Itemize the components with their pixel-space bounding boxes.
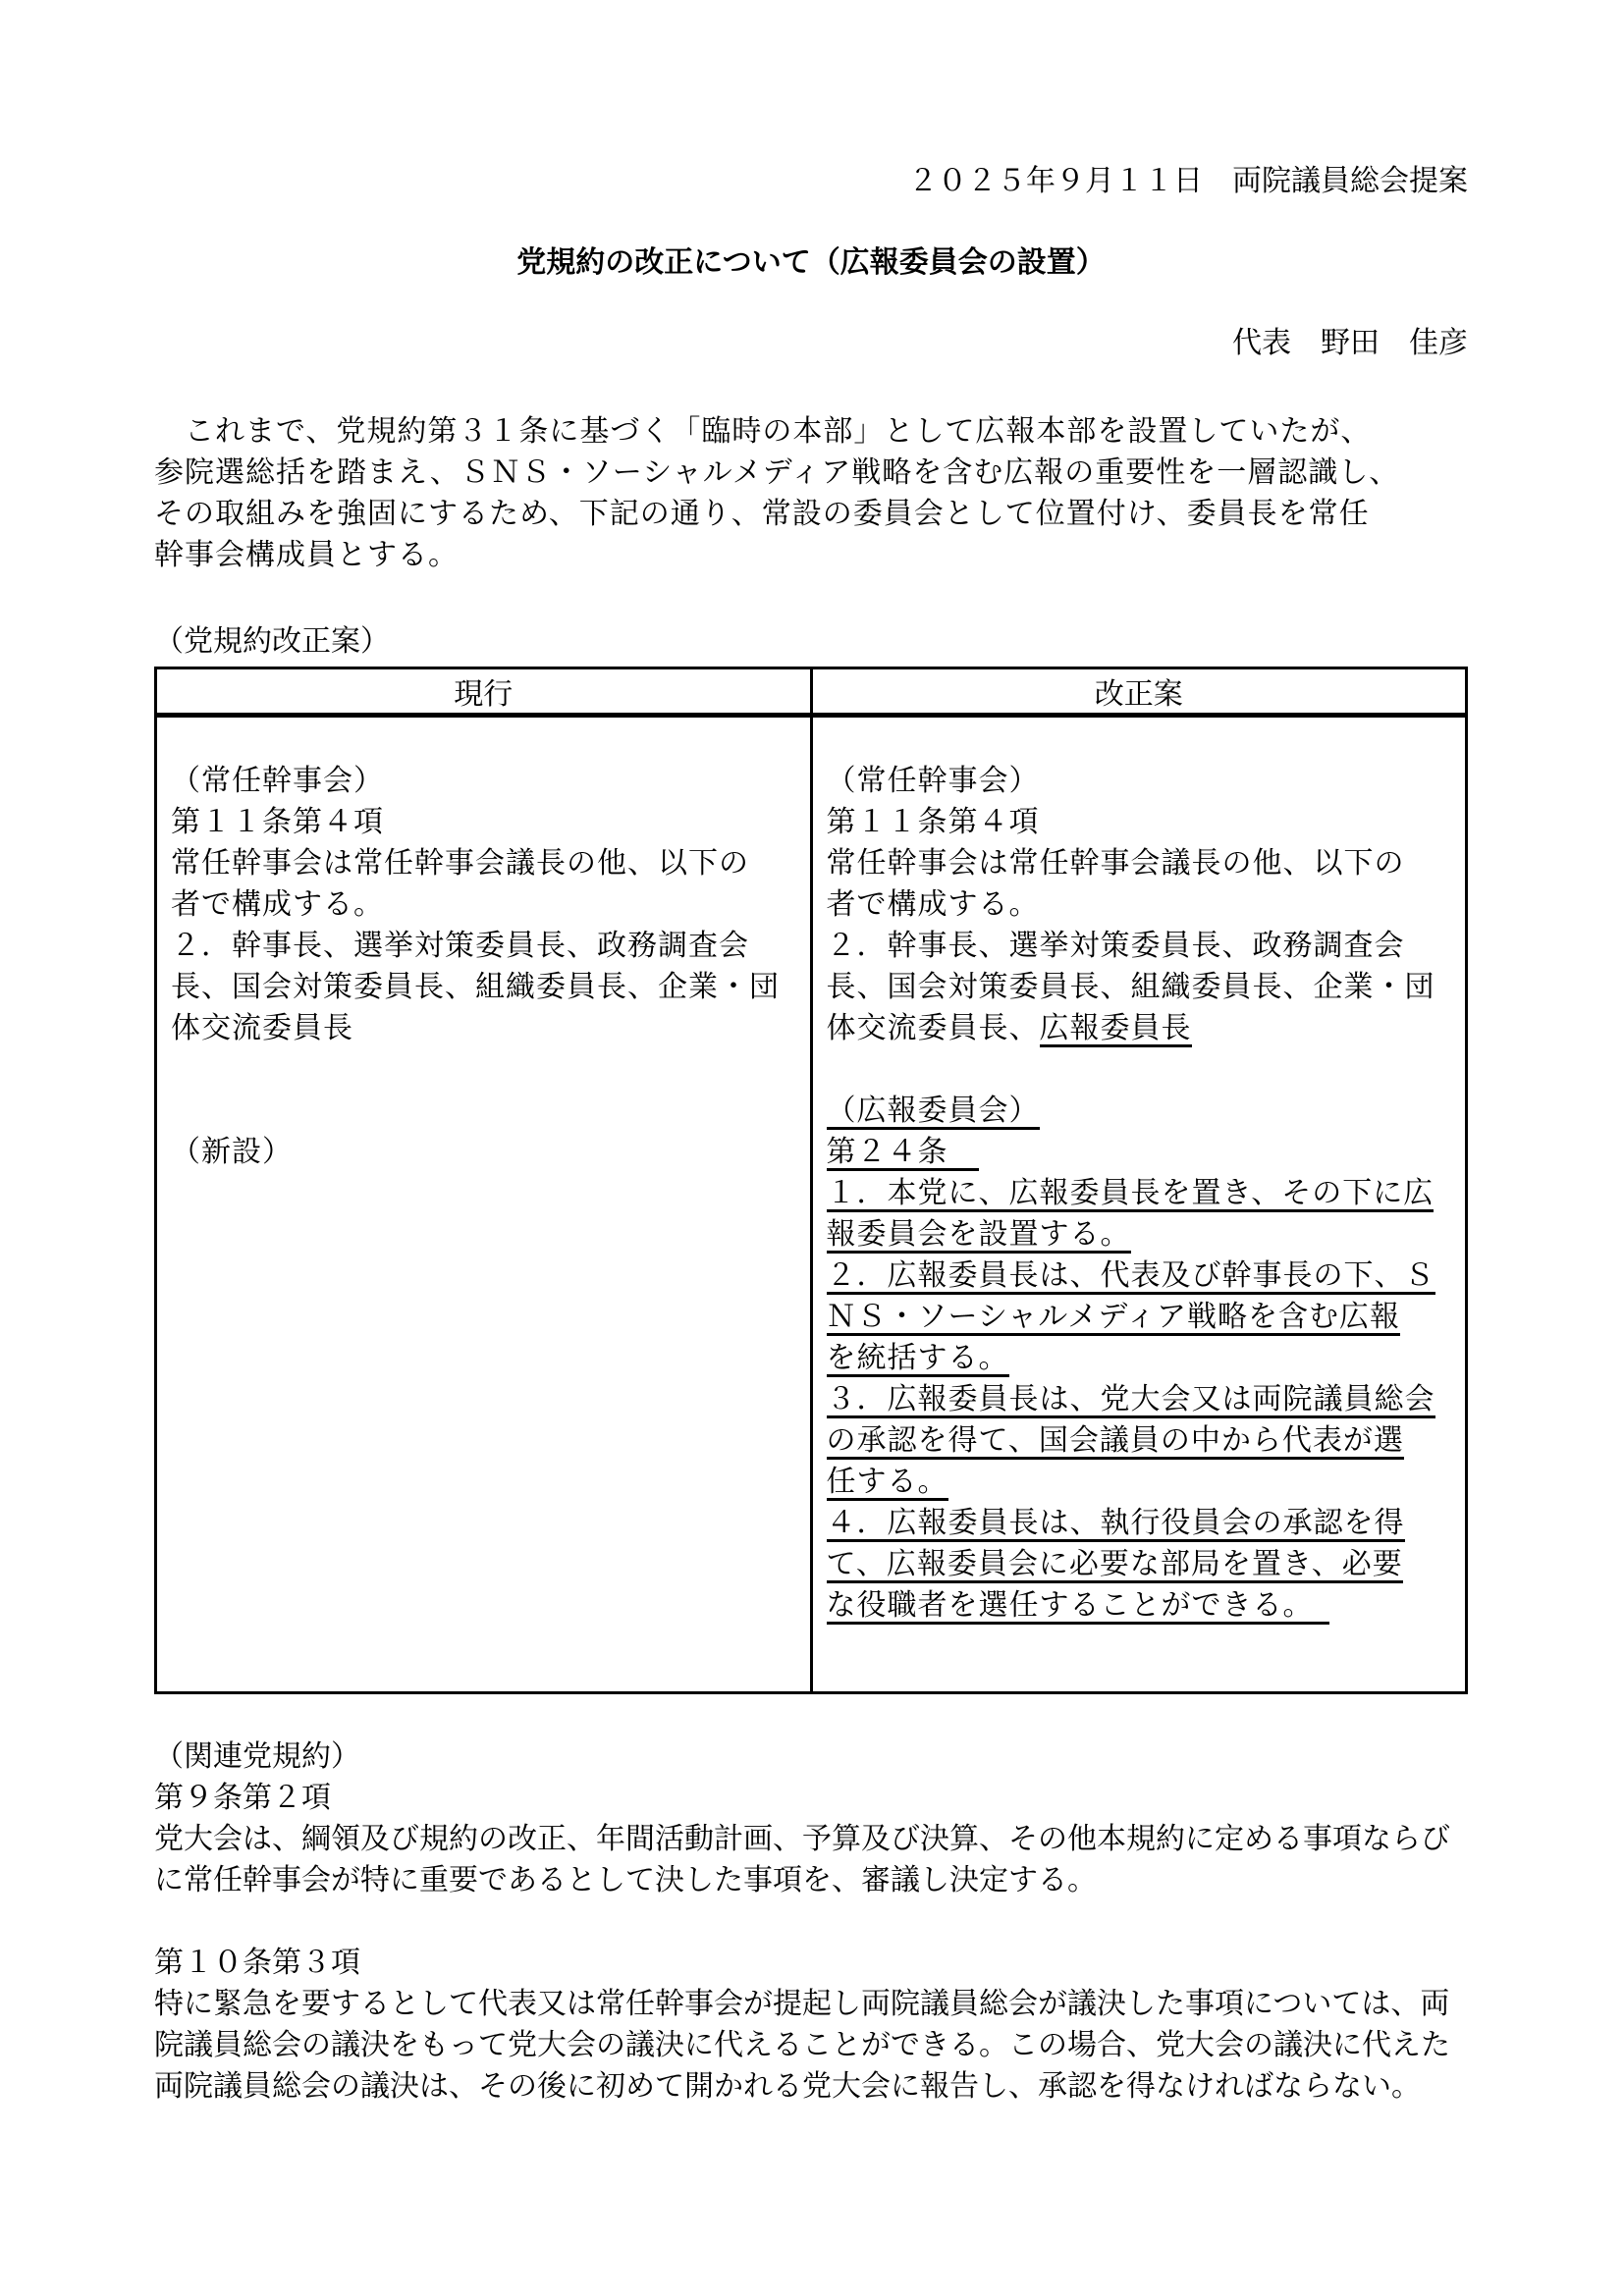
text-line	[154, 1901, 1468, 1943]
underlined-text: の承認を得て、国会議員の中から代表が選	[827, 1424, 1404, 1460]
text-line	[171, 1049, 798, 1091]
text-line: 任する。	[827, 1462, 1454, 1503]
amendment-proposal-label: （党規約改正案）	[154, 621, 1468, 663]
text-segment: ２．幹事長、選挙対策委員長、政務調査会	[827, 930, 1405, 962]
author-line: 代表 野田 佳彦	[154, 323, 1468, 364]
underlined-text: 任する。	[827, 1466, 948, 1501]
text-line: ３．広報委員長は、党大会又は両院議員総会	[827, 1379, 1454, 1420]
text-line: 第２４条	[827, 1132, 1454, 1173]
text-segment: これまで、党規約第３１条に基づく「臨時の本部」として広報本部を設置していたが、	[154, 415, 1371, 448]
text-segment: （常任幹事会）	[827, 765, 1040, 797]
underlined-text: ４．広報委員長は、執行役員会の承認を得	[827, 1507, 1405, 1542]
text-segment: （常任幹事会）	[171, 765, 384, 797]
date-line: ２０２５年９月１１日 両院議員総会提案	[154, 161, 1468, 202]
text-line: ４．広報委員長は、執行役員会の承認を得	[827, 1503, 1454, 1544]
text-segment: 参院選総括を踏まえ、ＳＮＳ・ソーシャルメディア戦略を含む広報の重要性を一層認識し…	[154, 456, 1399, 489]
text-line: １．本党に、広報委員長を置き、その下に広	[827, 1173, 1454, 1214]
underlined-text: 報委員会を設置する。	[827, 1218, 1131, 1254]
underlined-text: （広報委員会）	[827, 1095, 1040, 1130]
text-segment: 体交流委員長	[171, 1012, 353, 1044]
text-line: 特に緊急を要するとして代表又は常任幹事会が提起し両院議員総会が議決した事項につい…	[154, 1984, 1468, 2025]
cell-current-text: （常任幹事会）第１１条第４項常任幹事会は常任幹事会議長の他、以下の者で構成する。…	[156, 716, 812, 1693]
text-line: 党大会は、綱領及び規約の改正、年間活動計画、予算及び決算、その他本規約に定める事…	[154, 1819, 1468, 1860]
text-line: 報委員会を設置する。	[827, 1214, 1454, 1255]
text-segment: 体交流委員長、	[827, 1012, 1040, 1044]
text-line: 第９条第２項	[154, 1778, 1468, 1819]
text-line: 者で構成する。	[171, 884, 798, 926]
text-segment: 第１０条第３項	[154, 1947, 360, 1979]
underlined-text: て、広報委員会に必要な部局を置き、必要	[827, 1548, 1403, 1583]
text-segment: 特に緊急を要するとして代表又は常任幹事会が提起し両院議員総会が議決した事項につい…	[154, 1988, 1449, 2020]
text-line: 体交流委員長	[171, 1008, 798, 1049]
text-segment: 第９条第２項	[154, 1782, 331, 1814]
page-title: 党規約の改正について（広報委員会の設置）	[154, 242, 1468, 284]
cell-revised-text: （常任幹事会）第１１条第４項常任幹事会は常任幹事会議長の他、以下の者で構成する。…	[811, 716, 1467, 1693]
text-line: な役職者を選任することができる。	[827, 1585, 1454, 1627]
text-line: ２．広報委員長は、代表及び幹事長の下、Ｓ	[827, 1255, 1454, 1297]
underlined-text: ２．広報委員長は、代表及び幹事長の下、Ｓ	[827, 1259, 1435, 1295]
underlined-text: な役職者を選任することができる。	[827, 1589, 1329, 1625]
text-line: （広報委員会）	[827, 1091, 1454, 1132]
table-header-row: 現行 改正案	[156, 668, 1467, 716]
text-segment: 党大会は、綱領及び規約の改正、年間活動計画、予算及び決算、その他本規約に定める事…	[154, 1823, 1450, 1855]
underlined-text: １．本党に、広報委員長を置き、その下に広	[827, 1177, 1435, 1212]
underlined-text: ３．広報委員長は、党大会又は両院議員総会	[827, 1383, 1435, 1418]
text-segment: （新設）	[171, 1136, 293, 1168]
text-segment: 者で構成する。	[827, 888, 1040, 921]
related-bylaws-label: （関連党規約）	[154, 1736, 1468, 1778]
text-line: （新設）	[171, 1132, 798, 1173]
document-page: ２０２５年９月１１日 両院議員総会提案 党規約の改正について（広報委員会の設置）…	[0, 0, 1624, 2296]
text-line: 幹事会構成員とする。	[154, 535, 1468, 576]
text-line: に常任幹事会が特に重要であるとして決した事項を、審議し決定する。	[154, 1860, 1468, 1901]
text-line: 常任幹事会は常任幹事会議長の他、以下の	[171, 843, 798, 884]
underlined-text: を統括する。	[827, 1342, 1009, 1377]
text-segment: 第１１条第４項	[827, 806, 1040, 838]
text-line: 第１１条第４項	[827, 802, 1454, 843]
text-line: 第１１条第４項	[171, 802, 798, 843]
text-line: ＮＳ・ソーシャルメディア戦略を含む広報	[827, 1297, 1454, 1338]
text-line: （常任幹事会）	[171, 761, 798, 802]
text-segment: 常任幹事会は常任幹事会議長の他、以下の	[171, 847, 749, 880]
related-bylaws-section: （関連党規約） 第９条第２項党大会は、綱領及び規約の改正、年間活動計画、予算及び…	[154, 1736, 1468, 2108]
text-line: を統括する。	[827, 1338, 1454, 1379]
text-line: （常任幹事会）	[827, 761, 1454, 802]
text-segment: 第１１条第４項	[171, 806, 384, 838]
text-line: 両院議員総会の議決は、その後に初めて開かれる党大会に報告し、承認を得なければなら…	[154, 2066, 1468, 2108]
text-line: 第１０条第３項	[154, 1943, 1468, 1984]
text-segment: 者で構成する。	[171, 888, 384, 921]
text-segment: に常任幹事会が特に重要であるとして決した事項を、審議し決定する。	[154, 1864, 1097, 1896]
text-segment: 院議員総会の議決をもって党大会の議決に代えることができる。この場合、党大会の議決…	[154, 2029, 1450, 2061]
intro-paragraph: これまで、党規約第３１条に基づく「臨時の本部」として広報本部を設置していたが、参…	[154, 411, 1468, 576]
text-segment: 長、国会対策委員長、組織委員長、企業・団	[171, 971, 780, 1003]
text-segment: 両院議員総会の議決は、その後に初めて開かれる党大会に報告し、承認を得なければなら…	[154, 2070, 1421, 2103]
text-line: 体交流委員長、広報委員長	[827, 1008, 1454, 1049]
text-line: て、広報委員会に必要な部局を置き、必要	[827, 1544, 1454, 1585]
text-segment: その取組みを強固にするため、下記の通り、常設の委員会として位置付け、委員長を常任	[154, 498, 1370, 530]
column-header-current: 現行	[156, 668, 812, 716]
text-line: 長、国会対策委員長、組織委員長、企業・団	[827, 967, 1454, 1008]
text-segment: 常任幹事会は常任幹事会議長の他、以下の	[827, 847, 1405, 880]
text-line: 参院選総括を踏まえ、ＳＮＳ・ソーシャルメディア戦略を含む広報の重要性を一層認識し…	[154, 453, 1468, 494]
text-line: 常任幹事会は常任幹事会議長の他、以下の	[827, 843, 1454, 884]
column-header-revised: 改正案	[811, 668, 1467, 716]
text-line: ２．幹事長、選挙対策委員長、政務調査会	[171, 926, 798, 967]
text-line	[171, 1091, 798, 1132]
text-line: の承認を得て、国会議員の中から代表が選	[827, 1420, 1454, 1462]
text-line: 院議員総会の議決をもって党大会の議決に代えることができる。この場合、党大会の議決…	[154, 2025, 1468, 2066]
text-line: 長、国会対策委員長、組織委員長、企業・団	[171, 967, 798, 1008]
table-body: （常任幹事会）第１１条第４項常任幹事会は常任幹事会議長の他、以下の者で構成する。…	[156, 716, 1467, 1693]
text-segment: ２．幹事長、選挙対策委員長、政務調査会	[171, 930, 749, 962]
text-line	[827, 1049, 1454, 1091]
underlined-text: ＮＳ・ソーシャルメディア戦略を含む広報	[827, 1301, 1401, 1336]
text-line: 者で構成する。	[827, 884, 1454, 926]
text-segment: 長、国会対策委員長、組織委員長、企業・団	[827, 971, 1435, 1003]
text-segment: 幹事会構成員とする。	[154, 539, 459, 571]
table-row: （常任幹事会）第１１条第４項常任幹事会は常任幹事会議長の他、以下の者で構成する。…	[156, 716, 1467, 1693]
underlined-text: 広報委員長	[1040, 1012, 1192, 1047]
text-line: ２．幹事長、選挙対策委員長、政務調査会	[827, 926, 1454, 967]
text-line: これまで、党規約第３１条に基づく「臨時の本部」として広報本部を設置していたが、	[154, 411, 1468, 453]
underlined-text: 第２４条	[827, 1136, 979, 1171]
text-line: その取組みを強固にするため、下記の通り、常設の委員会として位置付け、委員長を常任	[154, 494, 1468, 535]
related-bylaws-text: 第９条第２項党大会は、綱領及び規約の改正、年間活動計画、予算及び決算、その他本規…	[154, 1778, 1468, 2108]
amendment-comparison-table: 現行 改正案 （常任幹事会）第１１条第４項常任幹事会は常任幹事会議長の他、以下の…	[154, 667, 1468, 1694]
